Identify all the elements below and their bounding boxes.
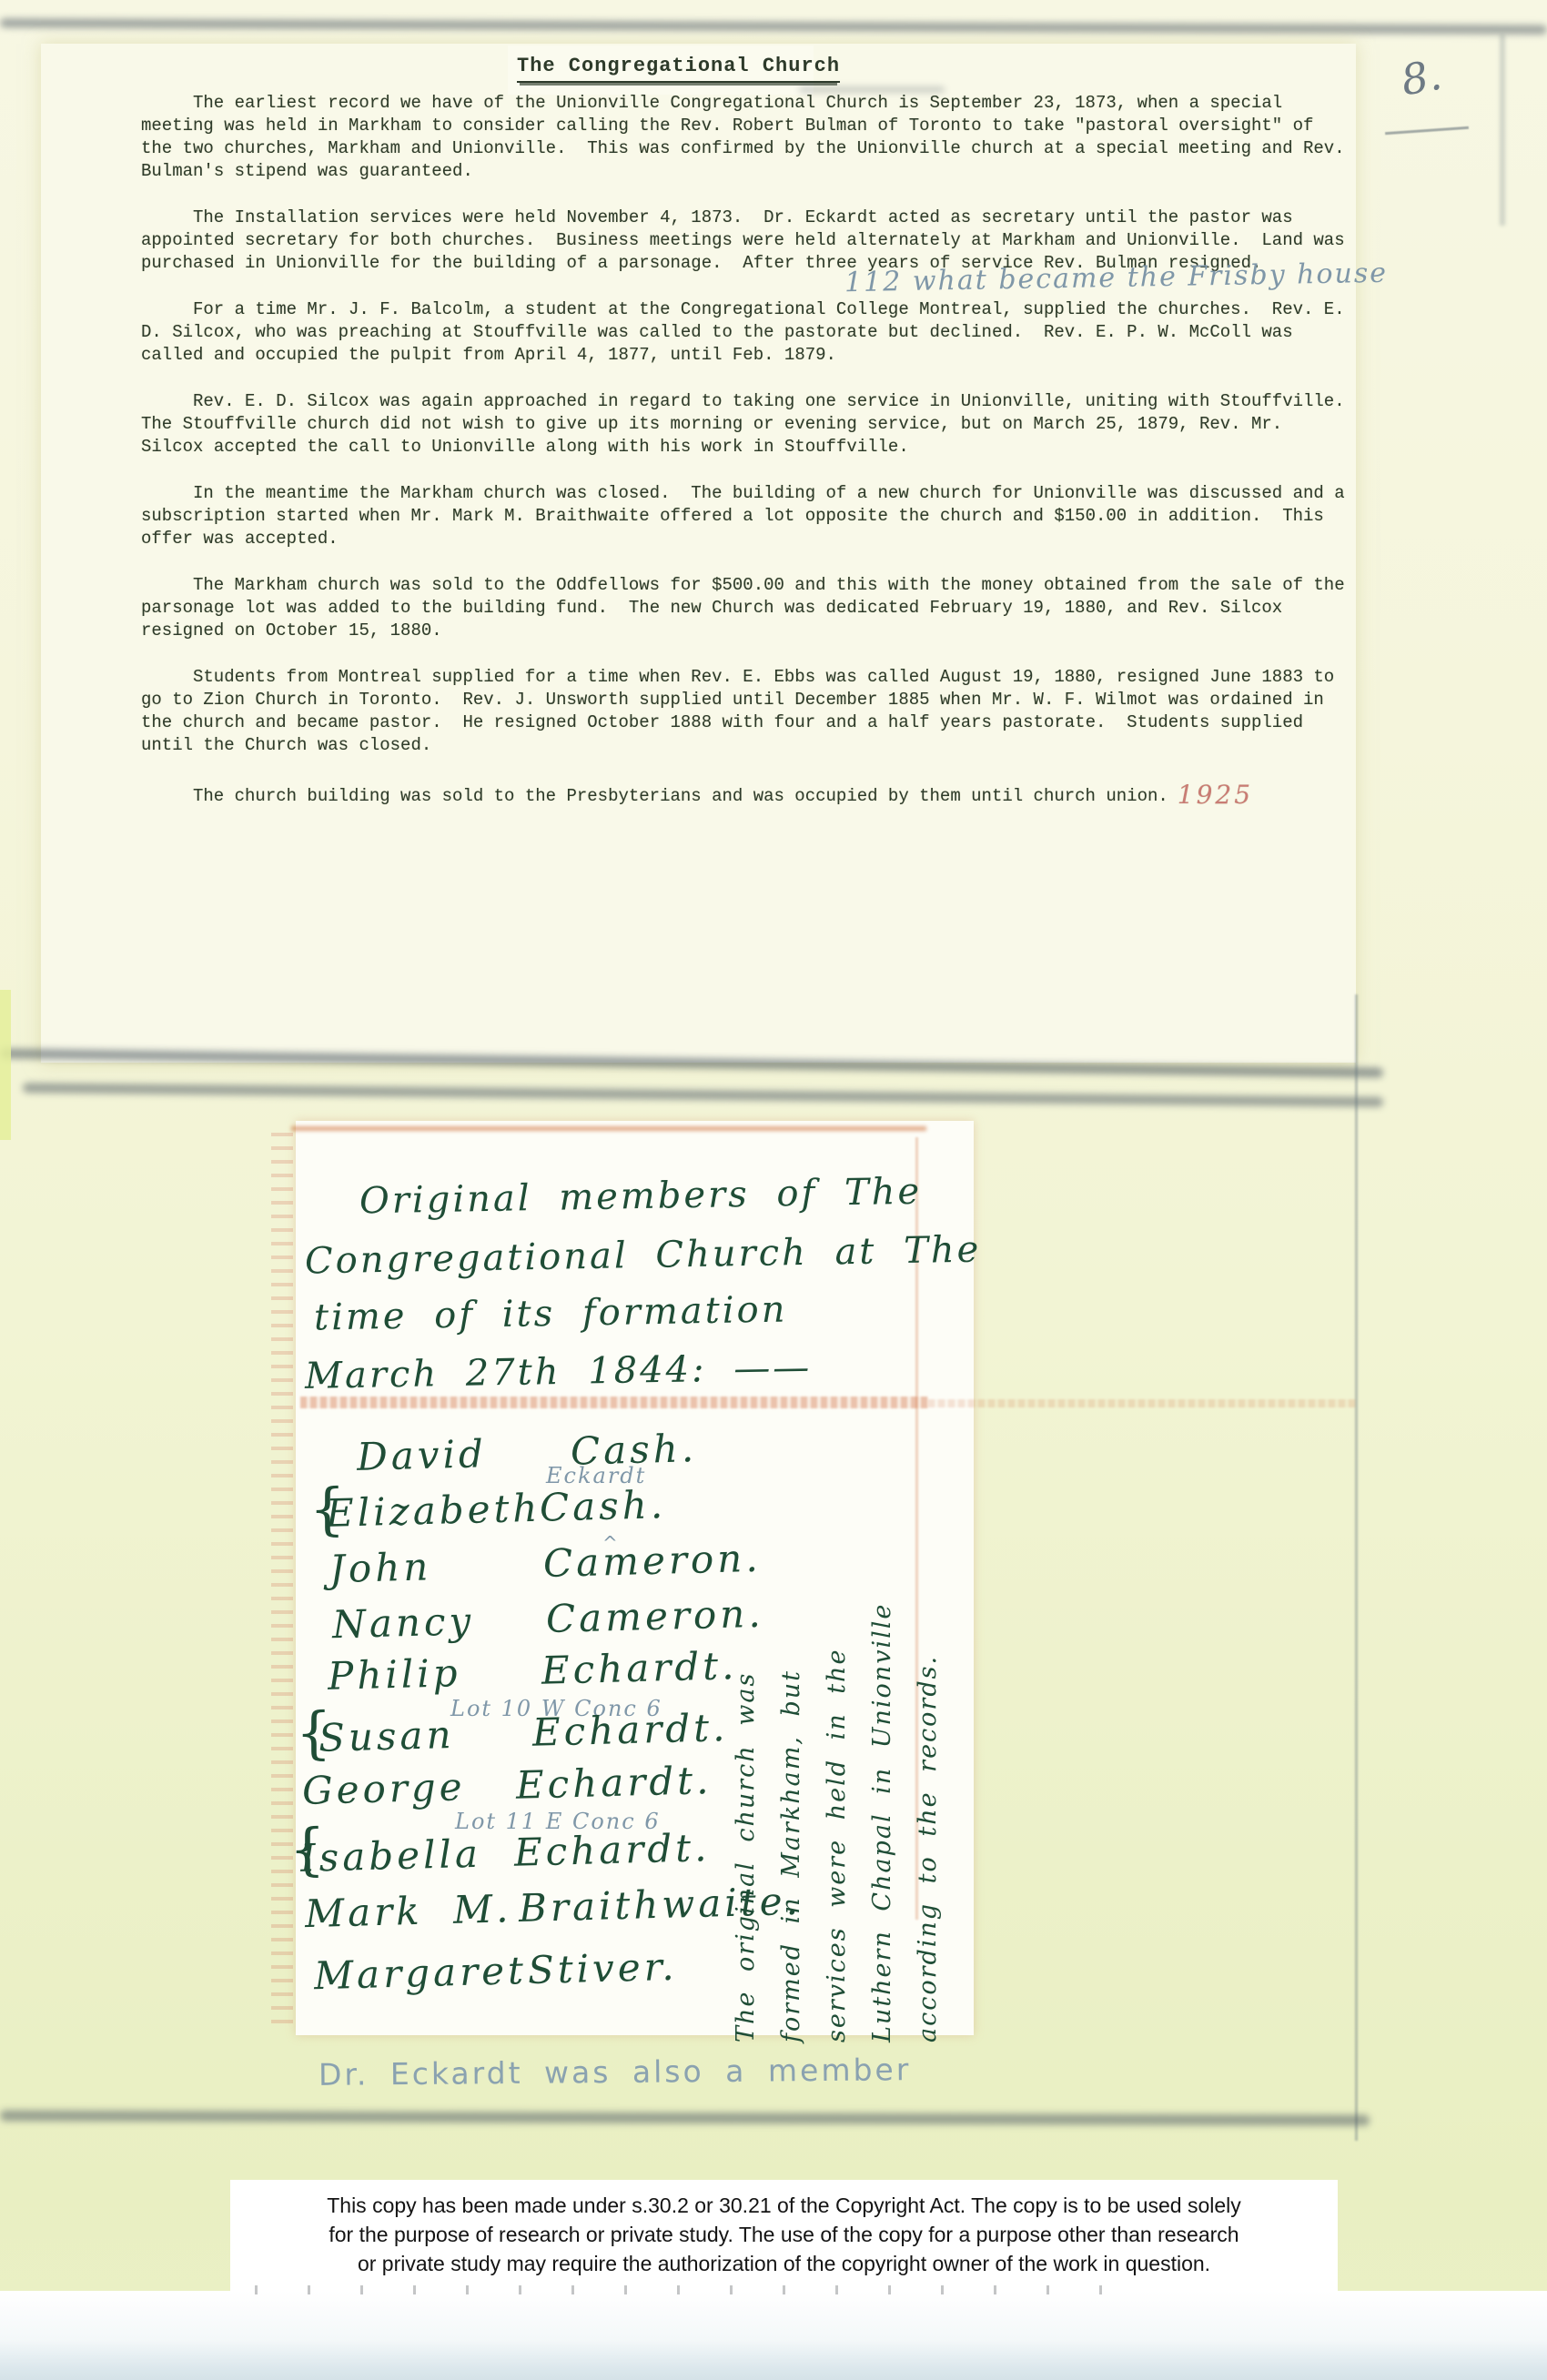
copyright-line: for the purpose of research or private s… bbox=[230, 2220, 1338, 2249]
typed-body: The earliest record we have of the Union… bbox=[141, 92, 1347, 832]
side-note-line: formed in Markham, but bbox=[769, 1431, 814, 2042]
pencil-bottom-note: Dr. Eckardt was also a member bbox=[318, 2052, 912, 2093]
paragraph-text: Students from Montreal supplied for a ti… bbox=[141, 667, 1345, 755]
member-first-name: Isabella bbox=[299, 1830, 514, 1881]
paragraph-text: The Markham church was sold to the Oddfe… bbox=[141, 575, 1355, 640]
vertical-side-note: The original church was formed in Markha… bbox=[723, 1431, 965, 2042]
copyright-strip: This copy has been made under s.30.2 or … bbox=[230, 2180, 1338, 2296]
member-first-name: George bbox=[301, 1763, 516, 1813]
member-last-name: Echardt. bbox=[541, 1643, 738, 1693]
member-last-name: Cash. bbox=[539, 1482, 666, 1530]
paragraph-text: Rev. E. D. Silcox was again approached i… bbox=[141, 391, 1365, 457]
member-first-name: Susan bbox=[318, 1710, 532, 1760]
copyright-line: or private study may require the authori… bbox=[230, 2249, 1338, 2278]
typed-paragraph: The Markham church was sold to the Oddfe… bbox=[141, 574, 1347, 642]
member-row: Margaret Stiver. bbox=[313, 1944, 678, 1998]
typed-paragraph: Rev. E. D. Silcox was again approached i… bbox=[141, 390, 1347, 459]
page-number-underline bbox=[1385, 126, 1469, 135]
member-first-name: David bbox=[356, 1429, 571, 1479]
typed-paragraph: In the meantime the Markham church was c… bbox=[141, 482, 1347, 550]
scan-smudge-bottom bbox=[0, 2110, 1370, 2125]
member-first-name: Mark M. bbox=[304, 1886, 519, 1936]
handwritten-year-annotation: 1925 bbox=[1178, 783, 1253, 806]
side-note-line: services were held in the bbox=[814, 1431, 860, 2042]
pencil-frame-right bbox=[1355, 994, 1358, 2141]
paragraph-text: For a time Mr. J. F. Balcolm, a student … bbox=[141, 299, 1355, 365]
member-row: David Cash. bbox=[356, 1426, 697, 1479]
member-last-name: Echardt. bbox=[513, 1825, 711, 1875]
paper-edge-right-top bbox=[1500, 35, 1505, 226]
typed-paragraph: The church building was sold to the Pres… bbox=[141, 781, 1347, 808]
paragraph-text: In the meantime the Markham church was c… bbox=[141, 483, 1355, 549]
copyright-notice: This copy has been made under s.30.2 or … bbox=[230, 2191, 1338, 2278]
side-note-line: Luthern Chapal in Unionville bbox=[860, 1431, 905, 2042]
scan-smudge-middle-2 bbox=[23, 1083, 1383, 1107]
paragraph-text: The earliest record we have of the Union… bbox=[141, 93, 1355, 181]
member-first-name: Elizabeth bbox=[325, 1486, 540, 1536]
member-last-name: Echardt. bbox=[515, 1758, 713, 1808]
pencil-tick-marks bbox=[255, 2285, 1128, 2294]
scan-smudge-top bbox=[0, 18, 1547, 34]
typed-paragraph: For a time Mr. J. F. Balcolm, a student … bbox=[141, 298, 1347, 367]
member-last-name: Echardt. bbox=[531, 1705, 729, 1755]
member-last-name: Stiver. bbox=[527, 1944, 678, 1992]
side-note-line: The original church was bbox=[723, 1431, 769, 2042]
card-left-red-hatch bbox=[271, 1133, 293, 2033]
note-heading-line: March 27th 1844: —— bbox=[305, 1346, 813, 1397]
card-top-red-line bbox=[291, 1126, 926, 1131]
card-red-divider-faded bbox=[928, 1399, 1356, 1407]
member-first-name: Margaret bbox=[313, 1948, 528, 1998]
member-row: Elizabeth Cash. bbox=[325, 1482, 666, 1536]
page-title: The Congregational Church bbox=[517, 55, 840, 83]
scan-bottom-margin bbox=[0, 2291, 1547, 2380]
typed-paragraph: Students from Montreal supplied for a ti… bbox=[141, 666, 1347, 757]
copyright-line: This copy has been made under s.30.2 or … bbox=[230, 2191, 1338, 2220]
paragraph-text: The church building was sold to the Pres… bbox=[193, 786, 1168, 806]
card-red-divider bbox=[300, 1397, 928, 1408]
typed-paragraph: The earliest record we have of the Union… bbox=[141, 92, 1347, 183]
scanned-archive-page: The Congregational Church 8. The earlies… bbox=[0, 0, 1547, 2380]
member-first-name: Philip bbox=[327, 1649, 541, 1699]
page-number: 8. bbox=[1398, 50, 1446, 106]
note-heading-line: time of its formation bbox=[314, 1288, 788, 1338]
member-first-name: John bbox=[329, 1541, 543, 1591]
scan-edge-streak bbox=[0, 990, 11, 1140]
side-note-line: according to the records. bbox=[905, 1431, 951, 2042]
member-first-name: Nancy bbox=[331, 1597, 546, 1647]
